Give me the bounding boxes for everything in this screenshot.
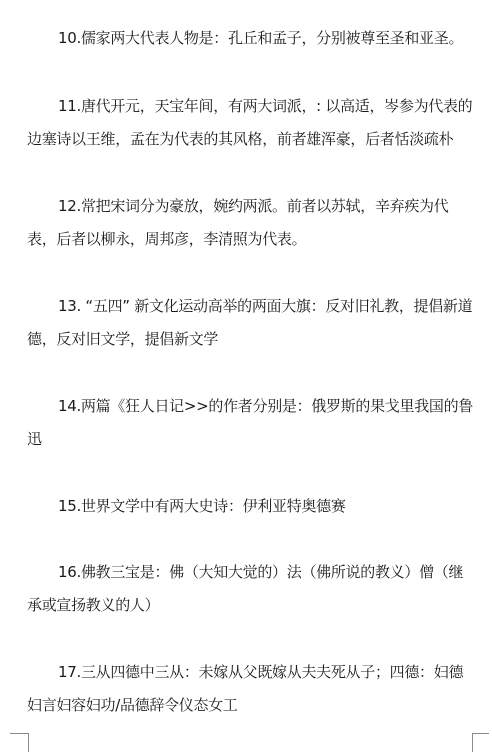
paragraph-14: 14.两篇《狂人日记>>的作者分别是：俄罗斯的果戈里我国的鲁迅 (27, 390, 473, 456)
paragraph-16: 16.佛教三宝是：佛（大知大觉的）法（佛所说的教义）僧（继承或宣扬教义的人） (27, 556, 473, 622)
paragraph-17: 17.三从四德中三从：未嫁从父既嫁从夫夫死从子；四德：妇德妇言妇容妇功/品德辞令… (27, 656, 473, 722)
page-margin-corner-mark-left (10, 733, 29, 752)
paragraph-11: 11.唐代开元，天宝年间，有两大词派，: 以高适，岑参为代表的边塞诗以王维，孟在… (27, 90, 473, 156)
paragraph-10: 10.儒家两大代表人物是：孔丘和孟子，分别被尊至圣和亚圣。 (27, 22, 473, 55)
page-margin-corner-mark-right (472, 733, 489, 752)
paragraph-13: 13. “五四” 新文化运动高举的两面大旗：反对旧礼教，提倡新道德，反对旧文学，… (27, 290, 473, 356)
paragraph-12: 12.常把宋词分为豪放，婉约两派。前者以苏轼，辛弃疾为代表，后者以柳永，周邦彦，… (27, 190, 473, 256)
paragraph-15: 15.世界文学中有两大史诗：伊利亚特奥德赛 (27, 490, 473, 523)
